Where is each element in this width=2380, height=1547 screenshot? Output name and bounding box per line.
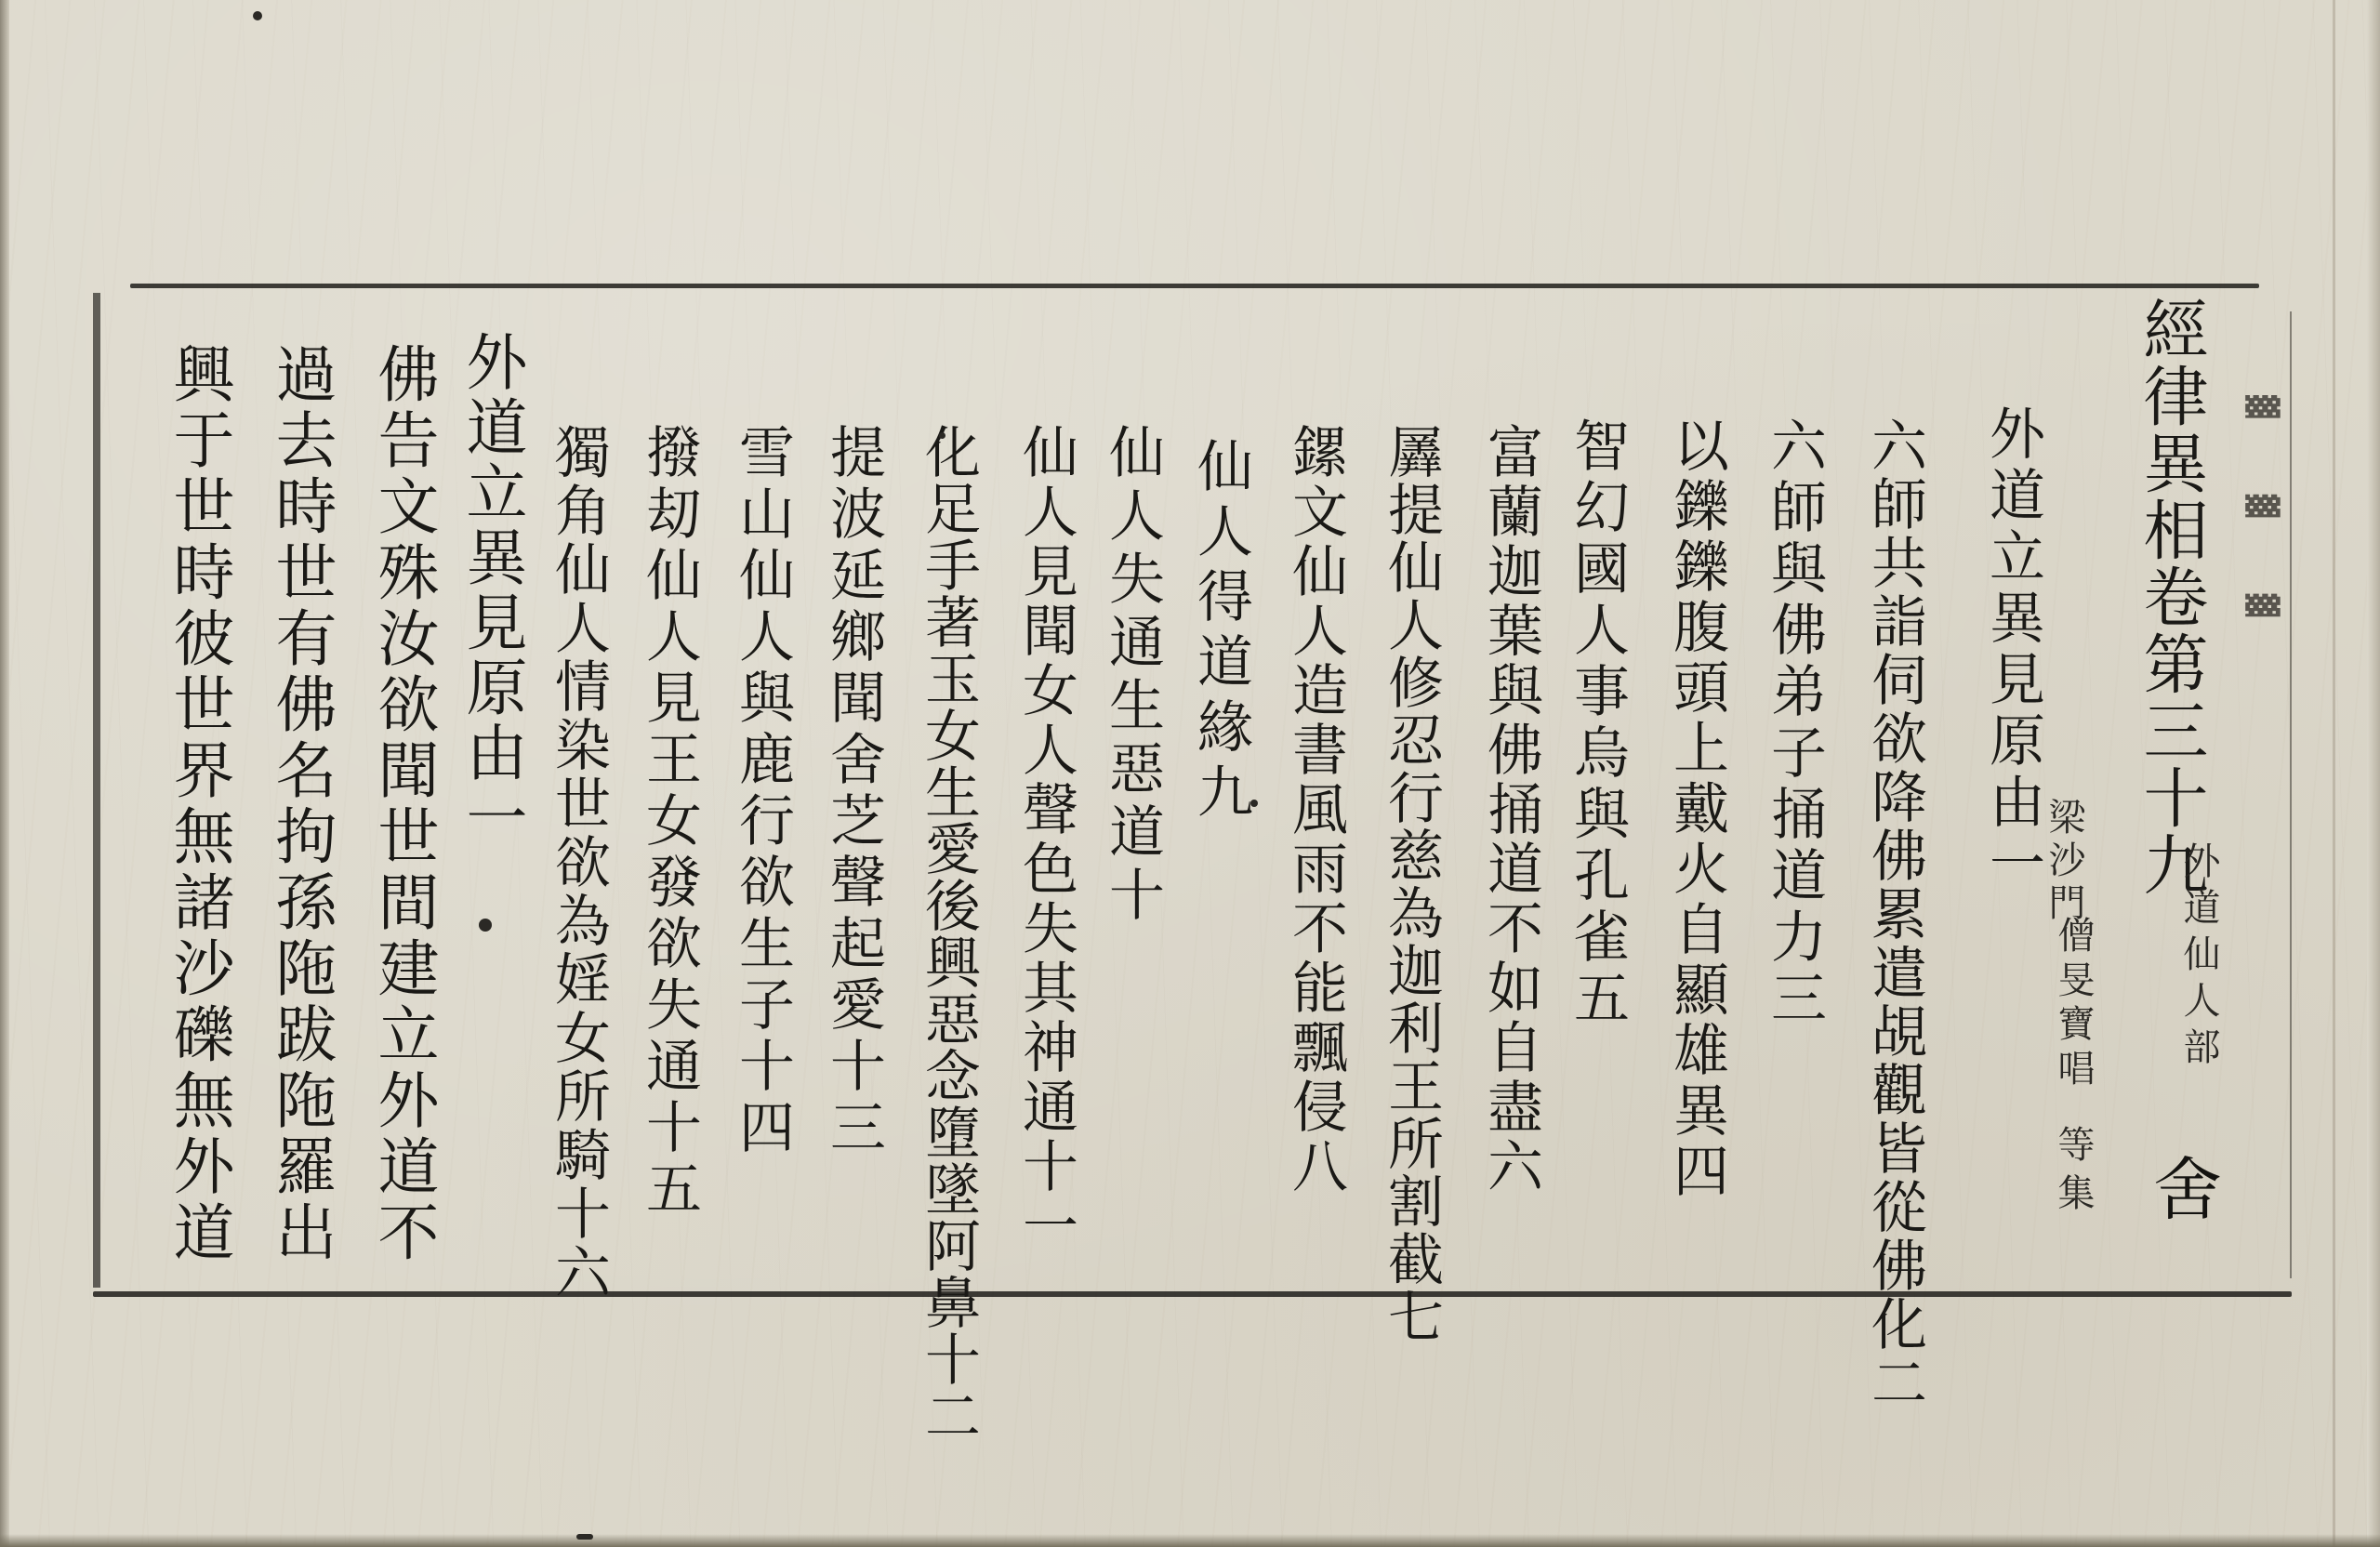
toc-item: 仙人見聞女人聲色失其神通十一 — [1018, 423, 1074, 1256]
page-right-edge — [2367, 0, 2380, 1547]
toc-item: 六師與佛弟子捅道力三 — [1766, 416, 1822, 1030]
scanned-page: 經律異相卷第三十九 外道仙人部 ▓ ▓ ▓ 梁沙門 僧旻 寶唱 等集 舍 外道立… — [0, 0, 2380, 1547]
body-section-heading: 外道立異見原由一 — [460, 330, 522, 851]
compiler-dengji: 等集 — [2055, 1125, 2092, 1222]
body-line: 佛告文殊汝欲聞世間建立外道不 — [372, 342, 433, 1266]
toc-item: 智幻國人事烏與孔雀五 — [1569, 416, 1625, 1030]
body-line: 過去時世有佛名拘孫陁跋陁羅出 — [270, 342, 331, 1266]
toc-item: 羼提仙人修忍行慈為迦利王所割截七 — [1383, 423, 1439, 1345]
ink-speck — [253, 11, 262, 20]
margin-ink-marks: ▓ ▓ ▓ — [2245, 395, 2281, 650]
ink-speck — [479, 919, 492, 932]
compiler-sengmin: 僧旻 — [2055, 916, 2092, 1005]
toc-item: 提波延鄉聞舍芝聲起愛十三 — [826, 423, 881, 1159]
ink-speck — [576, 1534, 593, 1540]
frame-left-rule — [93, 293, 100, 1288]
toc-item: 仙人得道緣九 — [1193, 437, 1249, 827]
frame-bottom-rule — [93, 1291, 2292, 1297]
toc-item: 以鑠鑠腹頭上戴火自顯雄異四 — [1669, 416, 1725, 1202]
page-fold-line — [2333, 0, 2335, 1547]
toc-item: 獨角仙人情染世欲為婬女所騎十六 — [550, 423, 606, 1302]
toc-item: 富蘭迦葉與佛捅道不如自盡六 — [1483, 423, 1539, 1197]
page-bottom-shadow — [0, 1534, 2380, 1547]
ink-speck — [1250, 800, 1258, 807]
toc-item: 外道立異見原由一 — [1985, 404, 2041, 895]
section-name: 外道仙人部 — [2180, 841, 2217, 1074]
toc-item: 鏍文仙人造書風雨不能飄侵八 — [1288, 423, 1343, 1197]
frame-right-rule — [2290, 311, 2292, 1278]
body-line: 興于世時彼世界無諸沙礫無外道 — [167, 342, 229, 1266]
toc-item: 撥刧仙人見王女發欲失通十五 — [641, 423, 697, 1221]
toc-item: 六師共詣伺欲降佛累遣覘觀皆從佛化二 — [1867, 416, 1923, 1412]
volume-title: 經律異相卷第三十九 — [2138, 296, 2203, 898]
ink-speck — [939, 432, 945, 439]
toc-item: 仙人失通生惡道十 — [1104, 423, 1160, 929]
compiler-sramana: 梁沙門 — [2045, 798, 2082, 926]
frame-top-rule — [130, 284, 2259, 288]
page-left-edge — [0, 0, 9, 1547]
block-mark-she: 舍 — [2148, 1153, 2216, 1222]
toc-item: 化足手著玉女生愛後興惡念墮墜阿鼻十二 — [920, 423, 976, 1444]
compiler-baochang: 寶唱 — [2055, 1004, 2092, 1093]
toc-item: 雪山仙人與鹿行欲生子十四 — [734, 423, 790, 1159]
